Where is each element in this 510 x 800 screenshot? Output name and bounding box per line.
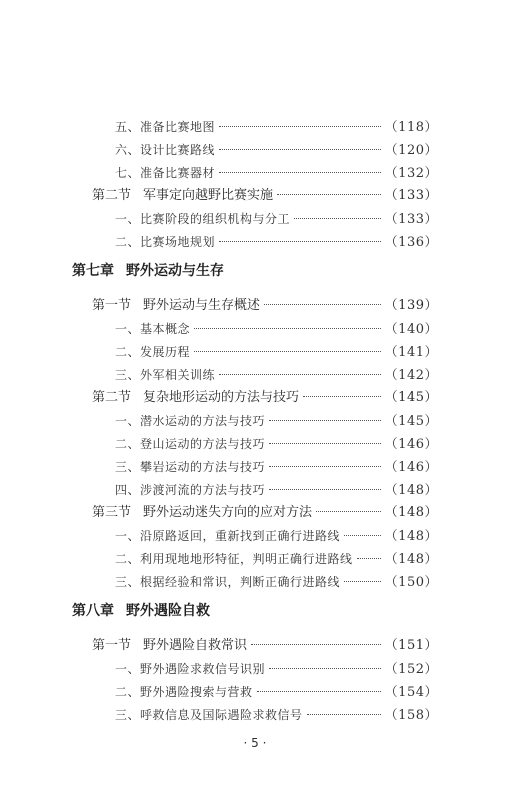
toc-page-number: （154） — [385, 684, 438, 702]
section-number: 第一节 — [92, 637, 131, 655]
toc-page-number: （146） — [385, 459, 438, 477]
chapter-title: 野外运动与生存 — [126, 263, 224, 279]
section-number: 第二节 — [92, 389, 131, 407]
dot-leader — [269, 420, 381, 421]
dot-leader — [251, 644, 381, 645]
toc-item-label: 三、外军相关训练 — [115, 366, 215, 384]
dot-leader — [303, 396, 381, 397]
toc-item[interactable]: 一、比赛阶段的组织机构与分工 （133） — [115, 210, 438, 228]
dot-leader — [219, 172, 381, 173]
dot-leader — [269, 489, 381, 490]
dot-leader — [307, 714, 381, 715]
toc-page-number: （139） — [385, 297, 438, 315]
toc-item[interactable]: 五、准备比赛地图 （118） — [115, 118, 438, 136]
dot-leader — [264, 304, 381, 305]
toc-item[interactable]: 三、根据经验和常识，判断正确行进路线 （150） — [115, 573, 438, 591]
toc-item-label: 三、根据经验和常识，判断正确行进路线 — [115, 573, 340, 591]
toc-item-label: 一、野外遇险求救信号识别 — [115, 660, 265, 678]
toc-item[interactable]: 一、沿原路返回，重新找到正确行进路线 （148） — [115, 527, 438, 545]
section-number: 第二节 — [92, 187, 131, 205]
toc-item-label: 三、呼救信息及国际遇险求救信号 — [115, 706, 303, 724]
section-title: 野外运动迷失方向的应对方法 — [143, 504, 312, 522]
toc-item[interactable]: 一、基本概念 （140） — [115, 320, 438, 338]
toc-item[interactable]: 二、野外遇险搜索与营救 （154） — [115, 683, 438, 701]
dot-leader — [269, 668, 381, 669]
toc-page-number: （136） — [385, 234, 438, 252]
dot-leader — [219, 126, 381, 127]
dot-leader — [257, 691, 381, 692]
chapter-number: 第七章 — [72, 263, 114, 279]
toc-item-label: 一、比赛阶段的组织机构与分工 — [115, 210, 290, 228]
toc-section[interactable]: 第二节 军事定向越野比赛实施 （133） — [92, 187, 438, 205]
toc-page-number: （158） — [385, 707, 438, 725]
toc-item-label: 二、登山运动的方法与技巧 — [115, 435, 265, 453]
dot-leader — [344, 535, 381, 536]
toc-item[interactable]: 七、准备比赛器材 （132） — [115, 164, 438, 182]
toc-page-number: （148） — [385, 504, 438, 522]
toc-page-number: （148） — [385, 528, 438, 546]
toc-chapter-heading[interactable]: 第七章野外运动与生存 — [72, 261, 224, 281]
toc-page-number: （142） — [385, 367, 438, 385]
toc-section[interactable]: 第二节 复杂地形运动的方法与技巧 （145） — [92, 389, 438, 407]
toc-page-number: （141） — [385, 344, 438, 362]
toc-page-number: （148） — [385, 482, 438, 500]
toc-section[interactable]: 第一节 野外遇险自救常识 （151） — [92, 637, 438, 655]
section-number: 第三节 — [92, 504, 131, 522]
dot-leader — [344, 581, 381, 582]
section-title: 军事定向越野比赛实施 — [143, 187, 273, 205]
toc-page-number: （151） — [385, 637, 438, 655]
dot-leader — [294, 218, 381, 219]
toc-page-number: （152） — [385, 661, 438, 679]
section-title: 野外遇险自救常识 — [143, 637, 247, 655]
toc-item-label: 六、设计比赛路线 — [115, 141, 215, 159]
dot-leader — [316, 511, 381, 512]
dot-leader — [269, 466, 381, 467]
toc-item[interactable]: 二、比赛场地规划 （136） — [115, 233, 438, 251]
dot-leader — [194, 351, 381, 352]
toc-item[interactable]: 二、登山运动的方法与技巧 （146） — [115, 435, 438, 453]
toc-item[interactable]: 一、潜水运动的方法与技巧 （145） — [115, 412, 438, 430]
toc-item-label: 二、利用现地地形特征，判明正确行进路线 — [115, 550, 353, 568]
toc-chapter-heading[interactable]: 第八章野外遇险自救 — [72, 601, 210, 621]
toc-page-number: （133） — [385, 211, 438, 229]
toc-item[interactable]: 三、外军相关训练 （142） — [115, 366, 438, 384]
toc-item-label: 一、沿原路返回，重新找到正确行进路线 — [115, 527, 340, 545]
toc-item[interactable]: 六、设计比赛路线 （120） — [115, 141, 438, 159]
dot-leader — [269, 443, 381, 444]
toc-item-label: 二、发展历程 — [115, 343, 190, 361]
section-title: 野外运动与生存概述 — [143, 297, 260, 315]
toc-item-label: 二、野外遇险搜索与营救 — [115, 683, 253, 701]
toc-page-number: （148） — [385, 551, 438, 569]
page-number-footer: · 5 · — [0, 736, 510, 750]
toc-page-number: （146） — [385, 436, 438, 454]
section-number: 第一节 — [92, 297, 131, 315]
section-title: 复杂地形运动的方法与技巧 — [143, 389, 299, 407]
chapter-title: 野外遇险自救 — [126, 603, 210, 619]
toc-item[interactable]: 三、攀岩运动的方法与技巧 （146） — [115, 458, 438, 476]
toc-item[interactable]: 二、发展历程 （141） — [115, 343, 438, 361]
toc-item-label: 一、基本概念 — [115, 320, 190, 338]
toc-item[interactable]: 一、野外遇险求救信号识别 （152） — [115, 660, 438, 678]
dot-leader — [219, 374, 381, 375]
dot-leader — [219, 149, 381, 150]
chapter-number: 第八章 — [72, 603, 114, 619]
toc-item-label: 七、准备比赛器材 — [115, 164, 215, 182]
dot-leader — [194, 328, 381, 329]
toc-page-number: （133） — [385, 187, 438, 205]
dot-leader — [357, 558, 381, 559]
toc-item-label: 一、潜水运动的方法与技巧 — [115, 412, 265, 430]
dot-leader — [277, 194, 381, 195]
dot-leader — [219, 241, 381, 242]
toc-page-number: （140） — [385, 321, 438, 339]
toc-item-label: 五、准备比赛地图 — [115, 118, 215, 136]
toc-item-label: 三、攀岩运动的方法与技巧 — [115, 458, 265, 476]
toc-section[interactable]: 第一节 野外运动与生存概述 （139） — [92, 297, 438, 315]
toc-item[interactable]: 三、呼救信息及国际遇险求救信号 （158） — [115, 706, 438, 724]
toc-section[interactable]: 第三节 野外运动迷失方向的应对方法 （148） — [92, 504, 438, 522]
toc-item[interactable]: 四、涉渡河流的方法与技巧 （148） — [115, 481, 438, 499]
toc-page-number: （132） — [385, 165, 438, 183]
toc-item-label: 二、比赛场地规划 — [115, 233, 215, 251]
toc-page-number: （118） — [385, 119, 438, 137]
toc-page-number: （120） — [385, 142, 438, 160]
toc-page-number: （145） — [385, 389, 438, 407]
toc-item[interactable]: 二、利用现地地形特征，判明正确行进路线 （148） — [115, 550, 438, 568]
toc-item-label: 四、涉渡河流的方法与技巧 — [115, 481, 265, 499]
toc-page-number: （150） — [385, 574, 438, 592]
toc-page-number: （145） — [385, 413, 438, 431]
